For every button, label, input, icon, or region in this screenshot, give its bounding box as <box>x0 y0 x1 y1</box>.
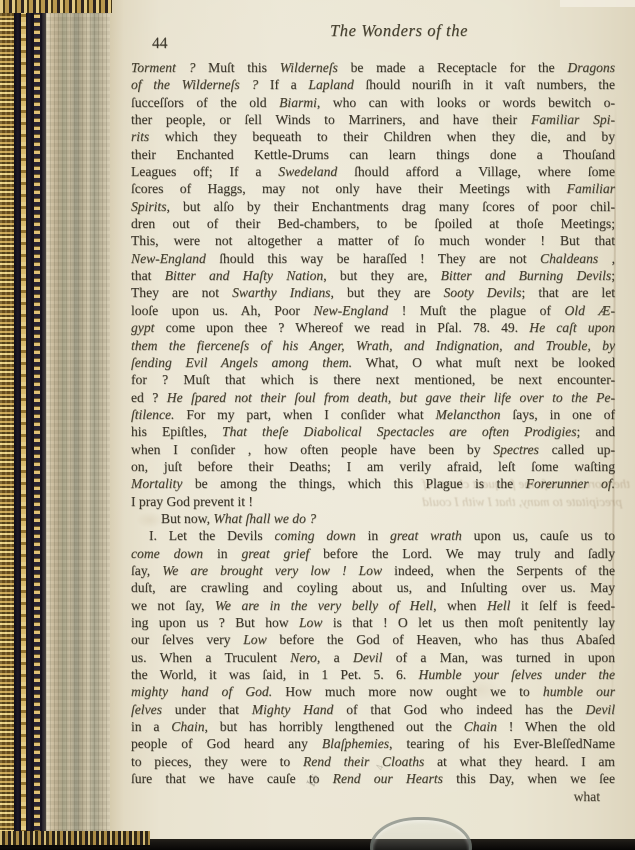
italic-text-segment: Humble your ſelves under the <box>419 667 615 682</box>
italic-text-segment: Chain <box>464 719 497 734</box>
text-line: come down in great grief before the Lord… <box>131 545 615 562</box>
text-segment: ther people, or ſell Winds to Marriners,… <box>131 112 531 127</box>
text-segment: in a <box>131 719 171 734</box>
text-segment: looſe upon us. Ah, Poor <box>131 303 313 318</box>
text-segment: his Epiſtles, <box>131 424 222 439</box>
text-segment: be made a Receptacle for the <box>338 60 568 75</box>
gilt-cover-top-edge <box>0 0 112 13</box>
text-segment: , but alſo by their Enchantments drag ma… <box>167 199 615 214</box>
italic-text-segment: Melancthon <box>436 407 501 422</box>
text-segment: , but they are, <box>323 268 440 283</box>
italic-text-segment: great grief <box>241 546 309 561</box>
italic-text-segment: Familiar <box>567 181 615 196</box>
gilt-lace-band <box>0 0 14 850</box>
text-segment: , a <box>317 650 353 665</box>
text-line: ing upon us ? But how Low is that ! O le… <box>131 614 615 631</box>
text-segment: ; and <box>577 424 616 439</box>
gilt-cover-bottom-edge <box>0 831 150 847</box>
italic-text-segment: great wrath <box>390 528 462 543</box>
text-segment: ſhould nouriſh in it vaſt numbers, the <box>354 77 615 92</box>
text-segment: come upon thee ? Whereof we read in Pſal… <box>154 320 529 335</box>
italic-text-segment: Swedeland <box>278 164 337 179</box>
italic-text-segment: Sooty Devils <box>443 285 521 300</box>
text-line: them the fierceneſs of his Anger, Wrath,… <box>131 337 615 354</box>
text-line: I pray God prevent it ! <box>131 493 615 510</box>
italic-text-segment: Chaldeans <box>540 251 598 266</box>
italic-text-segment: humble our <box>543 684 615 699</box>
leather-strip <box>14 0 21 850</box>
text-segment: ed ? <box>131 390 167 405</box>
text-line: looſe upon us. Ah, Poor New-England ! Mu… <box>131 302 615 319</box>
text-line: ſelves under that Mighty Hand of that Go… <box>131 701 615 718</box>
page-number: 44 <box>152 35 168 53</box>
text-line: his Epiſtles, That theſe Diabolical Spec… <box>131 423 615 440</box>
text-line: the World, it was ſaid, in 1 Pet. 5. 6. … <box>131 666 615 683</box>
text-segment: for ? Muſt that which is there next ment… <box>131 372 615 387</box>
italic-text-segment: gypt <box>131 320 154 335</box>
text-line: rits which they bequeath to their Childr… <box>131 128 615 145</box>
italic-text-segment: Forerunner of. <box>526 476 615 491</box>
text-line: New-England ſhould this way be haraſſed … <box>131 250 615 267</box>
text-segment: ſcores of Haggs, may not only have their… <box>131 181 567 196</box>
text-segment: us. When a Truculent <box>131 650 290 665</box>
text-segment: be among the things, which this Plague i… <box>182 476 525 491</box>
italic-text-segment: Wilderneſs <box>280 60 338 75</box>
italic-text-segment: Rend our Hearts <box>333 771 443 786</box>
italic-text-segment: Low <box>243 632 266 647</box>
text-segment: before the God of Heaven, who has thus A… <box>267 632 615 647</box>
text-line: on, juſt before their Deaths; I am veril… <box>131 458 615 475</box>
text-line: ſucceſſors of the old Biarmi, who can wi… <box>131 94 615 111</box>
text-segment: we not ſay, <box>131 598 215 613</box>
italic-text-segment: He caſt upon <box>529 320 615 335</box>
text-segment: For my part, when I conſider what <box>174 407 435 422</box>
text-segment: is that ! O let us then moſt penitently … <box>322 615 615 630</box>
text-segment: in <box>356 528 390 543</box>
italic-text-segment: Mortality <box>131 476 182 491</box>
text-segment: , when <box>433 598 487 613</box>
text-line: dren out of their Bed-chambers, to be ſp… <box>131 215 615 232</box>
text-segment: dren out of their Bed-chambers, to be ſp… <box>131 216 615 231</box>
text-line: ſtilence. For my part, when I conſider w… <box>131 406 615 423</box>
text-segment: , but has horribly lengthened out the <box>205 719 464 734</box>
text-line: Leagues off; If a Swedeland ſhould affor… <box>131 163 615 180</box>
italic-text-segment: New-England <box>313 303 388 318</box>
text-line: ed ? He ſpared not their ſoul from death… <box>131 389 615 406</box>
text-line: for ? Muſt that which is there next ment… <box>131 371 615 388</box>
italic-text-segment: Old Æ- <box>564 303 615 318</box>
text-line: mighty hand of God. How much more now ou… <box>131 683 615 700</box>
italic-text-segment: Biarmi <box>279 95 317 110</box>
italic-text-segment: Spirits <box>131 199 167 214</box>
text-line: ſcores of Haggs, may not only have their… <box>131 180 615 197</box>
text-line: to pieces, they were to Rend their Cloat… <box>131 753 615 770</box>
text-segment: to pieces, they were to <box>131 754 303 769</box>
text-segment: What, O what muſt next be looked <box>352 355 615 370</box>
italic-text-segment: them the fierceneſs of his Anger, Wrath,… <box>131 338 615 353</box>
text-segment: ſure that we have cauſe to <box>131 771 333 786</box>
text-line: ther people, or ſell Winds to Marriners,… <box>131 111 615 128</box>
italic-text-segment: rits <box>131 129 149 144</box>
page-top-edge <box>560 0 635 7</box>
italic-text-segment: Lapland <box>308 77 353 92</box>
text-block: Torment ? Muſt this Wilderneſs be made a… <box>131 59 615 787</box>
italic-text-segment: mighty hand of God. <box>131 684 272 699</box>
text-line: that Bitter and Haſty Nation, but they a… <box>131 267 615 284</box>
text-segment: This, were not altogether a matter of ſo… <box>131 233 615 248</box>
text-segment: Leagues off; If a <box>131 164 278 179</box>
text-line: their Enchanted Kettle-Drums can learn t… <box>131 146 615 163</box>
gilt-bead-band <box>32 0 42 850</box>
italic-text-segment: What ſhall we do ? <box>213 511 316 526</box>
text-segment: when I conſider , how often people have … <box>131 442 493 457</box>
text-segment: ; <box>611 268 615 283</box>
text-segment: duſt, are crawling and coyling about us,… <box>131 580 615 595</box>
italic-text-segment: ſelves <box>131 702 162 717</box>
italic-text-segment: We are brought very low ! <box>162 563 346 578</box>
italic-text-segment: Chain <box>171 719 204 734</box>
text-segment: their Enchanted Kettle-Drums can learn t… <box>131 147 615 162</box>
binding-edge-shadow <box>42 0 46 850</box>
italic-text-segment: Hell <box>487 598 510 613</box>
italic-text-segment: ſtilence. <box>131 407 174 422</box>
text-line: gypt come upon thee ? Whereof we read in… <box>131 319 615 336</box>
text-segment: I. Let the Devils <box>149 528 274 543</box>
text-segment: called up- <box>539 442 615 457</box>
text-segment: ſhould this way be haraſſed ! They are n… <box>206 251 540 266</box>
text-segment: I pray God prevent it ! <box>131 494 253 509</box>
text-segment: this Day, when we ſee <box>443 771 615 786</box>
text-segment: that <box>131 268 165 283</box>
text-segment: How much more now ought we to <box>272 684 543 699</box>
text-segment: If a <box>258 77 308 92</box>
running-header: The Wonders of the <box>132 21 635 41</box>
text-line: I. Let the Devils coming down in great w… <box>131 527 615 544</box>
italic-text-segment: of the Wilderneſs ? <box>131 77 258 92</box>
text-line: This, were not altogether a matter of ſo… <box>131 232 615 249</box>
italic-text-segment: Bitter and Burning Devils <box>441 268 612 283</box>
book-binding <box>0 0 46 850</box>
text-line: But now, What ſhall we do ? <box>131 510 615 527</box>
italic-text-segment: ſending Evil Angels among them. <box>131 355 352 370</box>
text-segment: of that God who indeed has the <box>333 702 585 717</box>
text-line: Torment ? Muſt this Wilderneſs be made a… <box>131 59 615 76</box>
text-segment: ! Muſt the plague of <box>388 303 564 318</box>
catchword: what <box>132 789 600 805</box>
italic-text-segment: He ſpared not their ſoul from death, but… <box>167 390 615 405</box>
text-line: us. When a Truculent Nero, a Devil of a … <box>131 649 615 666</box>
text-line: Mortality be among the things, which thi… <box>131 475 615 492</box>
text-segment: on, juſt before their Deaths; I am veril… <box>131 459 615 474</box>
text-segment: ſay, <box>131 563 162 578</box>
text-segment: which they bequeath to their Children wh… <box>149 129 615 144</box>
italic-text-segment: New-England <box>131 251 206 266</box>
text-segment: under that <box>162 702 252 717</box>
italic-text-segment: Rend their Cloaths <box>303 754 424 769</box>
book-page: The Wonders of the 44 the more, becauſe … <box>110 0 635 841</box>
text-segment: upon us, cauſe us to <box>462 528 615 543</box>
text-segment: , who can with looks or words bewitch o- <box>317 95 615 110</box>
italic-text-segment: We are in the very belly of Hell <box>215 598 433 613</box>
text-line: ſending Evil Angels among them. What, O … <box>131 354 615 371</box>
text-segment: people of God heard any <box>131 736 322 751</box>
text-segment: They are not <box>131 285 232 300</box>
italic-text-segment: Blaſphemies <box>322 736 389 751</box>
text-line: ſay, We are brought very low ! Low indee… <box>131 562 615 579</box>
text-line: ſure that we have cauſe to Rend our Hear… <box>131 770 615 787</box>
text-segment <box>347 563 359 578</box>
italic-text-segment: coming down <box>274 528 355 543</box>
italic-text-segment: Torment ? <box>131 60 195 75</box>
text-segment: ſhould afford a Village, where ſome <box>337 164 615 179</box>
italic-text-segment: Spectres <box>493 442 539 457</box>
text-segment: at what they heard. I am <box>424 754 615 769</box>
italic-text-segment: Devil <box>586 702 615 717</box>
text-line: we not ſay, We are in the very belly of … <box>131 597 615 614</box>
text-segment: the World, it was ſaid, in 1 Pet. 5. 6. <box>131 667 419 682</box>
text-segment: , tearing of his Ever-BleſſedName <box>389 736 615 751</box>
text-segment: ; that are let <box>521 285 615 300</box>
text-segment: But now, <box>161 511 213 526</box>
scanned-book-photo: The Wonders of the 44 the more, becauſe … <box>0 0 635 850</box>
text-line: Spirits, but alſo by their Enchantments … <box>131 198 615 215</box>
italic-text-segment: Nero <box>290 650 317 665</box>
italic-text-segment: Low <box>299 615 322 630</box>
text-line: of the Wilderneſs ? If a Lapland ſhould … <box>131 76 615 93</box>
italic-text-segment: Dragons <box>567 60 615 75</box>
text-line: duſt, are crawling and coyling about us,… <box>131 579 615 596</box>
text-segment: , but they are <box>330 285 443 300</box>
page-fore-edge <box>46 0 110 843</box>
text-segment: ſucceſſors of the old <box>131 95 279 110</box>
text-line: They are not Swarthy Indians, but they a… <box>131 284 615 301</box>
italic-text-segment: Mighty Hand <box>252 702 334 717</box>
text-segment: , <box>598 251 615 266</box>
text-segment: before the Lord. We may truly and ſadly <box>309 546 615 561</box>
text-segment: ſays, in one of <box>500 407 615 422</box>
text-segment: it ſelf is feed- <box>510 598 615 613</box>
italic-text-segment: Familiar Spi- <box>531 112 615 127</box>
text-segment: our ſelves very <box>131 632 243 647</box>
italic-text-segment: Bitter and Haſty Nation <box>165 268 324 283</box>
text-segment: ! When the old <box>497 719 615 734</box>
italic-text-segment: Swarthy Indians <box>232 285 330 300</box>
italic-text-segment: That theſe Diabolical Spectacles are oft… <box>222 424 577 439</box>
italic-text-segment: Devil <box>353 650 382 665</box>
text-line: when I conſider , how often people have … <box>131 441 615 458</box>
text-line: in a Chain, but has horribly lengthened … <box>131 718 615 735</box>
text-line: our ſelves very Low before the God of He… <box>131 631 615 648</box>
text-segment: of a Man, was turned in upon <box>382 650 615 665</box>
text-line: people of God heard any Blaſphemies, tea… <box>131 735 615 752</box>
text-segment: Muſt this <box>195 60 279 75</box>
text-segment: indeed, when the Serpents of the <box>382 563 615 578</box>
text-segment: in <box>203 546 241 561</box>
text-segment: ing upon us ? But how <box>131 615 299 630</box>
italic-text-segment: Low <box>359 563 382 578</box>
italic-text-segment: come down <box>131 546 203 561</box>
